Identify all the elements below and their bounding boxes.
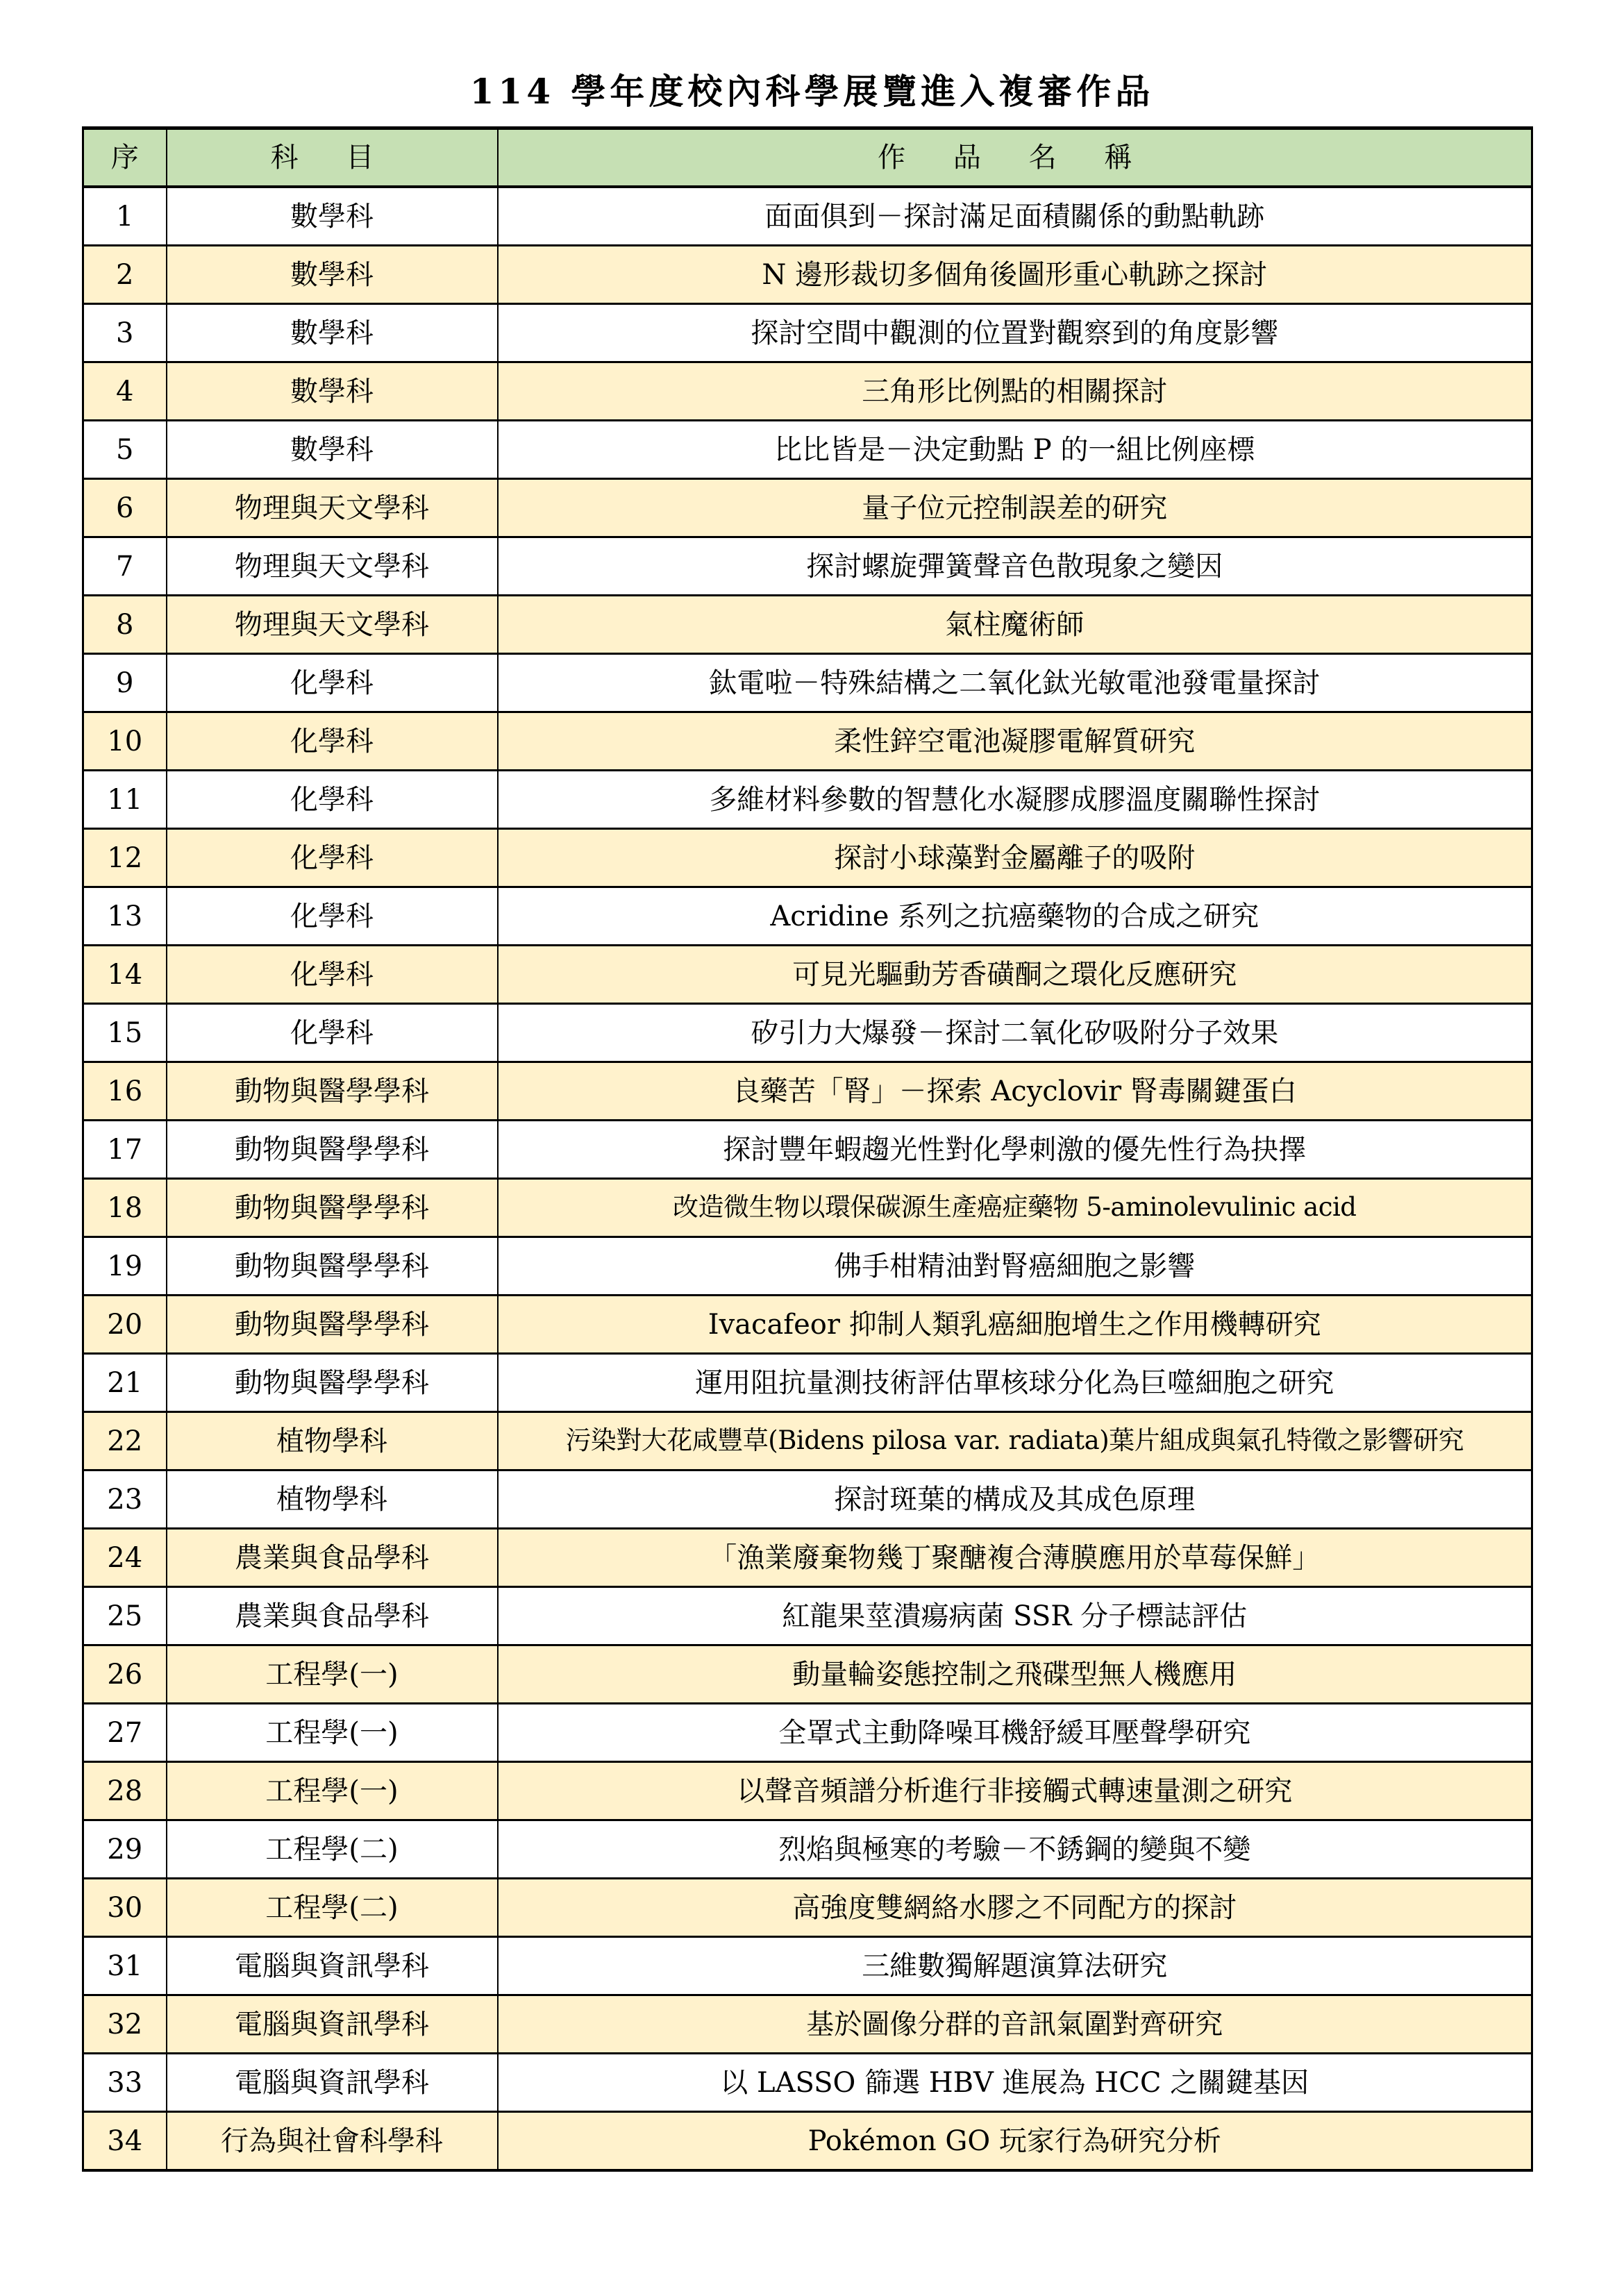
- cell-title: 動量輪姿態控制之飛碟型無人機應用: [498, 1645, 1532, 1704]
- cell-subject: 數學科: [167, 187, 498, 246]
- table-row: 3數學科探討空間中觀測的位置對觀察到的角度影響: [83, 304, 1532, 362]
- table-row: 20動物與醫學學科Ivacafeor 抑制人類乳癌細胞增生之作用機轉研究: [83, 1296, 1532, 1354]
- cell-title: 柔性鋅空電池凝膠電解質研究: [498, 712, 1532, 771]
- table-row: 25農業與食品學科紅龍果莖潰瘍病菌 SSR 分子標誌評估: [83, 1587, 1532, 1645]
- table-row: 15化學科矽引力大爆發－探討二氧化矽吸附分子效果: [83, 1004, 1532, 1062]
- cell-seq: 21: [83, 1354, 167, 1412]
- cell-seq: 29: [83, 1820, 167, 1879]
- table-header: 序 科 目 作 品 名 稱: [83, 128, 1532, 187]
- cell-title: 多維材料參數的智慧化水凝膠成膠溫度關聯性探討: [498, 771, 1532, 829]
- cell-seq: 25: [83, 1587, 167, 1645]
- cell-subject: 動物與醫學學科: [167, 1296, 498, 1354]
- cell-title: Ivacafeor 抑制人類乳癌細胞增生之作用機轉研究: [498, 1296, 1532, 1354]
- cell-title: 基於圖像分群的音訊氣圍對齊研究: [498, 1995, 1532, 2054]
- cell-seq: 31: [83, 1937, 167, 1995]
- header-row: 序 科 目 作 品 名 稱: [83, 128, 1532, 187]
- cell-subject: 化學科: [167, 771, 498, 829]
- cell-seq: 24: [83, 1529, 167, 1587]
- cell-subject: 電腦與資訊學科: [167, 1995, 498, 2054]
- cell-title: 紅龍果莖潰瘍病菌 SSR 分子標誌評估: [498, 1587, 1532, 1645]
- cell-seq: 12: [83, 829, 167, 887]
- cell-subject: 化學科: [167, 829, 498, 887]
- cell-seq: 32: [83, 1995, 167, 2054]
- cell-seq: 34: [83, 2112, 167, 2171]
- cell-title: 烈焰與極寒的考驗－不銹鋼的變與不變: [498, 1820, 1532, 1879]
- cell-title: 佛手柑精油對腎癌細胞之影響: [498, 1237, 1532, 1296]
- cell-title: 全罩式主動降噪耳機舒緩耳壓聲學研究: [498, 1704, 1532, 1762]
- cell-title: 以聲音頻譜分析進行非接觸式轉速量測之研究: [498, 1762, 1532, 1820]
- cell-title: Acridine 系列之抗癌藥物的合成之研究: [498, 887, 1532, 946]
- cell-subject: 化學科: [167, 654, 498, 712]
- cell-title: 以 LASSO 篩選 HBV 進展為 HCC 之關鍵基因: [498, 2054, 1532, 2112]
- cell-subject: 動物與醫學學科: [167, 1179, 498, 1237]
- cell-subject: 動物與醫學學科: [167, 1121, 498, 1179]
- cell-seq: 11: [83, 771, 167, 829]
- table-row: 16動物與醫學學科良藥苦「腎」－探索 Acyclovir 腎毒關鍵蛋白: [83, 1062, 1532, 1121]
- cell-subject: 化學科: [167, 887, 498, 946]
- table-row: 21動物與醫學學科運用阻抗量測技術評估單核球分化為巨噬細胞之研究: [83, 1354, 1532, 1412]
- cell-title: 氣柱魔術師: [498, 596, 1532, 654]
- cell-seq: 3: [83, 304, 167, 362]
- cell-seq: 4: [83, 362, 167, 421]
- table-row: 19動物與醫學學科佛手柑精油對腎癌細胞之影響: [83, 1237, 1532, 1296]
- cell-subject: 植物學科: [167, 1470, 498, 1529]
- cell-seq: 20: [83, 1296, 167, 1354]
- cell-title: 可見光驅動芳香磺酮之環化反應研究: [498, 946, 1532, 1004]
- cell-seq: 7: [83, 537, 167, 596]
- cell-subject: 植物學科: [167, 1412, 498, 1470]
- table-row: 2數學科N 邊形裁切多個角後圖形重心軌跡之探討: [83, 246, 1532, 304]
- table-row: 29工程學(二)烈焰與極寒的考驗－不銹鋼的變與不變: [83, 1820, 1532, 1879]
- table-row: 6物理與天文學科量子位元控制誤差的研究: [83, 479, 1532, 537]
- cell-seq: 33: [83, 2054, 167, 2112]
- table-row: 17動物與醫學學科探討豐年蝦趨光性對化學刺激的優先性行為抉擇: [83, 1121, 1532, 1179]
- table-row: 32電腦與資訊學科基於圖像分群的音訊氣圍對齊研究: [83, 1995, 1532, 2054]
- finalist-table: 序 科 目 作 品 名 稱 1數學科面面俱到－探討滿足面積關係的動點軌跡2數學科…: [82, 126, 1533, 2172]
- cell-seq: 9: [83, 654, 167, 712]
- table-row: 10化學科柔性鋅空電池凝膠電解質研究: [83, 712, 1532, 771]
- cell-seq: 30: [83, 1879, 167, 1937]
- cell-subject: 農業與食品學科: [167, 1587, 498, 1645]
- cell-seq: 6: [83, 479, 167, 537]
- table-row: 12化學科探討小球藻對金屬離子的吸附: [83, 829, 1532, 887]
- cell-title: 鈦電啦－特殊結構之二氧化鈦光敏電池發電量探討: [498, 654, 1532, 712]
- cell-subject: 農業與食品學科: [167, 1529, 498, 1587]
- cell-subject: 工程學(二): [167, 1820, 498, 1879]
- cell-subject: 化學科: [167, 946, 498, 1004]
- cell-subject: 物理與天文學科: [167, 596, 498, 654]
- cell-subject: 化學科: [167, 712, 498, 771]
- table-row: 1數學科面面俱到－探討滿足面積關係的動點軌跡: [83, 187, 1532, 246]
- table-row: 13化學科Acridine 系列之抗癌藥物的合成之研究: [83, 887, 1532, 946]
- cell-subject: 工程學(二): [167, 1879, 498, 1937]
- table-row: 11化學科多維材料參數的智慧化水凝膠成膠溫度關聯性探討: [83, 771, 1532, 829]
- cell-seq: 8: [83, 596, 167, 654]
- cell-seq: 2: [83, 246, 167, 304]
- table-body: 1數學科面面俱到－探討滿足面積關係的動點軌跡2數學科N 邊形裁切多個角後圖形重心…: [83, 187, 1532, 2170]
- cell-title: 面面俱到－探討滿足面積關係的動點軌跡: [498, 187, 1532, 246]
- cell-seq: 26: [83, 1645, 167, 1704]
- cell-subject: 工程學(一): [167, 1704, 498, 1762]
- table-row: 30工程學(二)高強度雙網絡水膠之不同配方的探討: [83, 1879, 1532, 1937]
- cell-subject: 物理與天文學科: [167, 479, 498, 537]
- cell-seq: 22: [83, 1412, 167, 1470]
- cell-title: 「漁業廢棄物幾丁聚醣複合薄膜應用於草莓保鮮」: [498, 1529, 1532, 1587]
- page-title: 114 學年度校內科學展覽進入複審作品: [0, 64, 1624, 119]
- table-row: 27工程學(一)全罩式主動降噪耳機舒緩耳壓聲學研究: [83, 1704, 1532, 1762]
- cell-subject: 電腦與資訊學科: [167, 1937, 498, 1995]
- cell-seq: 14: [83, 946, 167, 1004]
- table-row: 9化學科鈦電啦－特殊結構之二氧化鈦光敏電池發電量探討: [83, 654, 1532, 712]
- finalist-table-container: 序 科 目 作 品 名 稱 1數學科面面俱到－探討滿足面積關係的動點軌跡2數學科…: [82, 126, 1533, 2172]
- cell-title: 三角形比例點的相關探討: [498, 362, 1532, 421]
- cell-subject: 數學科: [167, 304, 498, 362]
- cell-title: 探討小球藻對金屬離子的吸附: [498, 829, 1532, 887]
- cell-seq: 17: [83, 1121, 167, 1179]
- cell-subject: 動物與醫學學科: [167, 1354, 498, 1412]
- cell-seq: 23: [83, 1470, 167, 1529]
- cell-seq: 16: [83, 1062, 167, 1121]
- table-row: 33電腦與資訊學科以 LASSO 篩選 HBV 進展為 HCC 之關鍵基因: [83, 2054, 1532, 2112]
- table-row: 7物理與天文學科探討螺旋彈簧聲音色散現象之變因: [83, 537, 1532, 596]
- cell-seq: 10: [83, 712, 167, 771]
- cell-seq: 5: [83, 421, 167, 479]
- cell-title: 比比皆是－決定動點 P 的一組比例座標: [498, 421, 1532, 479]
- cell-subject: 化學科: [167, 1004, 498, 1062]
- cell-title: 探討斑葉的構成及其成色原理: [498, 1470, 1532, 1529]
- cell-title: Pokémon GO 玩家行為研究分析: [498, 2112, 1532, 2171]
- cell-subject: 工程學(一): [167, 1762, 498, 1820]
- cell-title: 探討豐年蝦趨光性對化學刺激的優先性行為抉擇: [498, 1121, 1532, 1179]
- cell-seq: 13: [83, 887, 167, 946]
- cell-title: 高強度雙網絡水膠之不同配方的探討: [498, 1879, 1532, 1937]
- cell-title: 探討螺旋彈簧聲音色散現象之變因: [498, 537, 1532, 596]
- header-title: 作 品 名 稱: [498, 128, 1532, 187]
- cell-title: 三維數獨解題演算法研究: [498, 1937, 1532, 1995]
- cell-title: 良藥苦「腎」－探索 Acyclovir 腎毒關鍵蛋白: [498, 1062, 1532, 1121]
- cell-seq: 1: [83, 187, 167, 246]
- cell-subject: 動物與醫學學科: [167, 1062, 498, 1121]
- header-subject: 科 目: [167, 128, 498, 187]
- cell-title: 改造微生物以環保碳源生產癌症藥物 5-aminolevulinic acid: [498, 1179, 1532, 1237]
- cell-subject: 物理與天文學科: [167, 537, 498, 596]
- cell-subject: 動物與醫學學科: [167, 1237, 498, 1296]
- table-row: 18動物與醫學學科改造微生物以環保碳源生產癌症藥物 5-aminolevulin…: [83, 1179, 1532, 1237]
- table-row: 5數學科比比皆是－決定動點 P 的一組比例座標: [83, 421, 1532, 479]
- cell-title: 探討空間中觀測的位置對觀察到的角度影響: [498, 304, 1532, 362]
- cell-seq: 28: [83, 1762, 167, 1820]
- cell-seq: 19: [83, 1237, 167, 1296]
- table-row: 24農業與食品學科「漁業廢棄物幾丁聚醣複合薄膜應用於草莓保鮮」: [83, 1529, 1532, 1587]
- table-row: 22植物學科污染對大花咸豐草(Bidens pilosa var. radiat…: [83, 1412, 1532, 1470]
- cell-subject: 電腦與資訊學科: [167, 2054, 498, 2112]
- cell-seq: 27: [83, 1704, 167, 1762]
- cell-title: 污染對大花咸豐草(Bidens pilosa var. radiata)葉片組成…: [498, 1412, 1532, 1470]
- table-row: 14化學科可見光驅動芳香磺酮之環化反應研究: [83, 946, 1532, 1004]
- table-row: 26工程學(一)動量輪姿態控制之飛碟型無人機應用: [83, 1645, 1532, 1704]
- cell-subject: 行為與社會科學科: [167, 2112, 498, 2171]
- cell-subject: 數學科: [167, 362, 498, 421]
- cell-seq: 18: [83, 1179, 167, 1237]
- table-row: 34行為與社會科學科Pokémon GO 玩家行為研究分析: [83, 2112, 1532, 2171]
- cell-title: N 邊形裁切多個角後圖形重心軌跡之探討: [498, 246, 1532, 304]
- header-seq: 序: [83, 128, 167, 187]
- table-row: 28工程學(一)以聲音頻譜分析進行非接觸式轉速量測之研究: [83, 1762, 1532, 1820]
- cell-title: 量子位元控制誤差的研究: [498, 479, 1532, 537]
- cell-seq: 15: [83, 1004, 167, 1062]
- table-row: 4數學科三角形比例點的相關探討: [83, 362, 1532, 421]
- cell-title: 運用阻抗量測技術評估單核球分化為巨噬細胞之研究: [498, 1354, 1532, 1412]
- cell-subject: 數學科: [167, 421, 498, 479]
- cell-subject: 數學科: [167, 246, 498, 304]
- table-row: 23植物學科探討斑葉的構成及其成色原理: [83, 1470, 1532, 1529]
- table-row: 31電腦與資訊學科三維數獨解題演算法研究: [83, 1937, 1532, 1995]
- cell-title: 矽引力大爆發－探討二氧化矽吸附分子效果: [498, 1004, 1532, 1062]
- cell-subject: 工程學(一): [167, 1645, 498, 1704]
- table-row: 8物理與天文學科氣柱魔術師: [83, 596, 1532, 654]
